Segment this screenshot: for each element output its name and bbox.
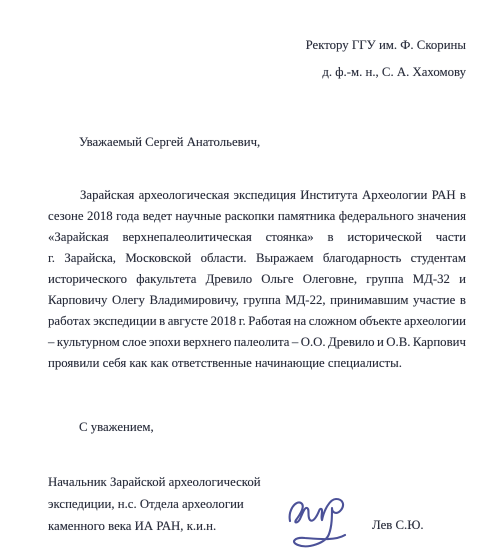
letter-body-paragraph: ЗарайскаяархеологическаяэкспедицияИнстит…: [48, 185, 466, 374]
scanned-letter-page: Ректору ГГУ им. Ф. Скорины д. ф.-м. н., …: [0, 0, 489, 551]
signer-position-line-1: Начальник Зарайской археологической: [48, 471, 261, 493]
body-line: сезоне2018годаведетнаучныераскопкипамятн…: [48, 206, 466, 227]
recipient-line-1: Ректору ГГУ им. Ф. Скорины: [306, 32, 466, 59]
handwritten-signature-icon: [286, 496, 350, 550]
body-line: г.Зарайска,Московскойобласти.Выражаембла…: [48, 248, 466, 269]
body-line: КарповичуОлегуВладимировичу,группаМД-22,…: [48, 290, 466, 311]
body-line: «Зарайскаяверхнепалеолитическаястоянка»в…: [48, 227, 466, 248]
signer-position-block: Начальник Зарайской археологической эксп…: [48, 471, 261, 537]
recipient-line-2: д. ф.-м. н., С. А. Хахомову: [306, 59, 466, 86]
signer-position-line-3: каменного века ИА РАН, к.и.н.: [48, 515, 261, 537]
closing-phrase: С уважением,: [79, 417, 154, 438]
body-line: проявили себя как как ответственные начи…: [48, 353, 466, 374]
recipient-block: Ректору ГГУ им. Ф. Скорины д. ф.-м. н., …: [306, 32, 466, 86]
signer-position-line-2: экспедиции, н.с. Отдела археологии: [48, 493, 261, 515]
body-line: историческогофакультетаДревилоОльгеОлего…: [48, 269, 466, 290]
signer-name: Лев С.Ю.: [372, 515, 424, 536]
body-line: –культурномслоеэпохиверхнегопалеолита–О.…: [48, 332, 466, 353]
body-line: работахэкспедициивавгусте2018г.Работаяна…: [48, 311, 466, 332]
body-line: ЗарайскаяархеологическаяэкспедицияИнстит…: [48, 185, 466, 206]
salutation: Уважаемый Сергей Анатольевич,: [79, 132, 260, 153]
